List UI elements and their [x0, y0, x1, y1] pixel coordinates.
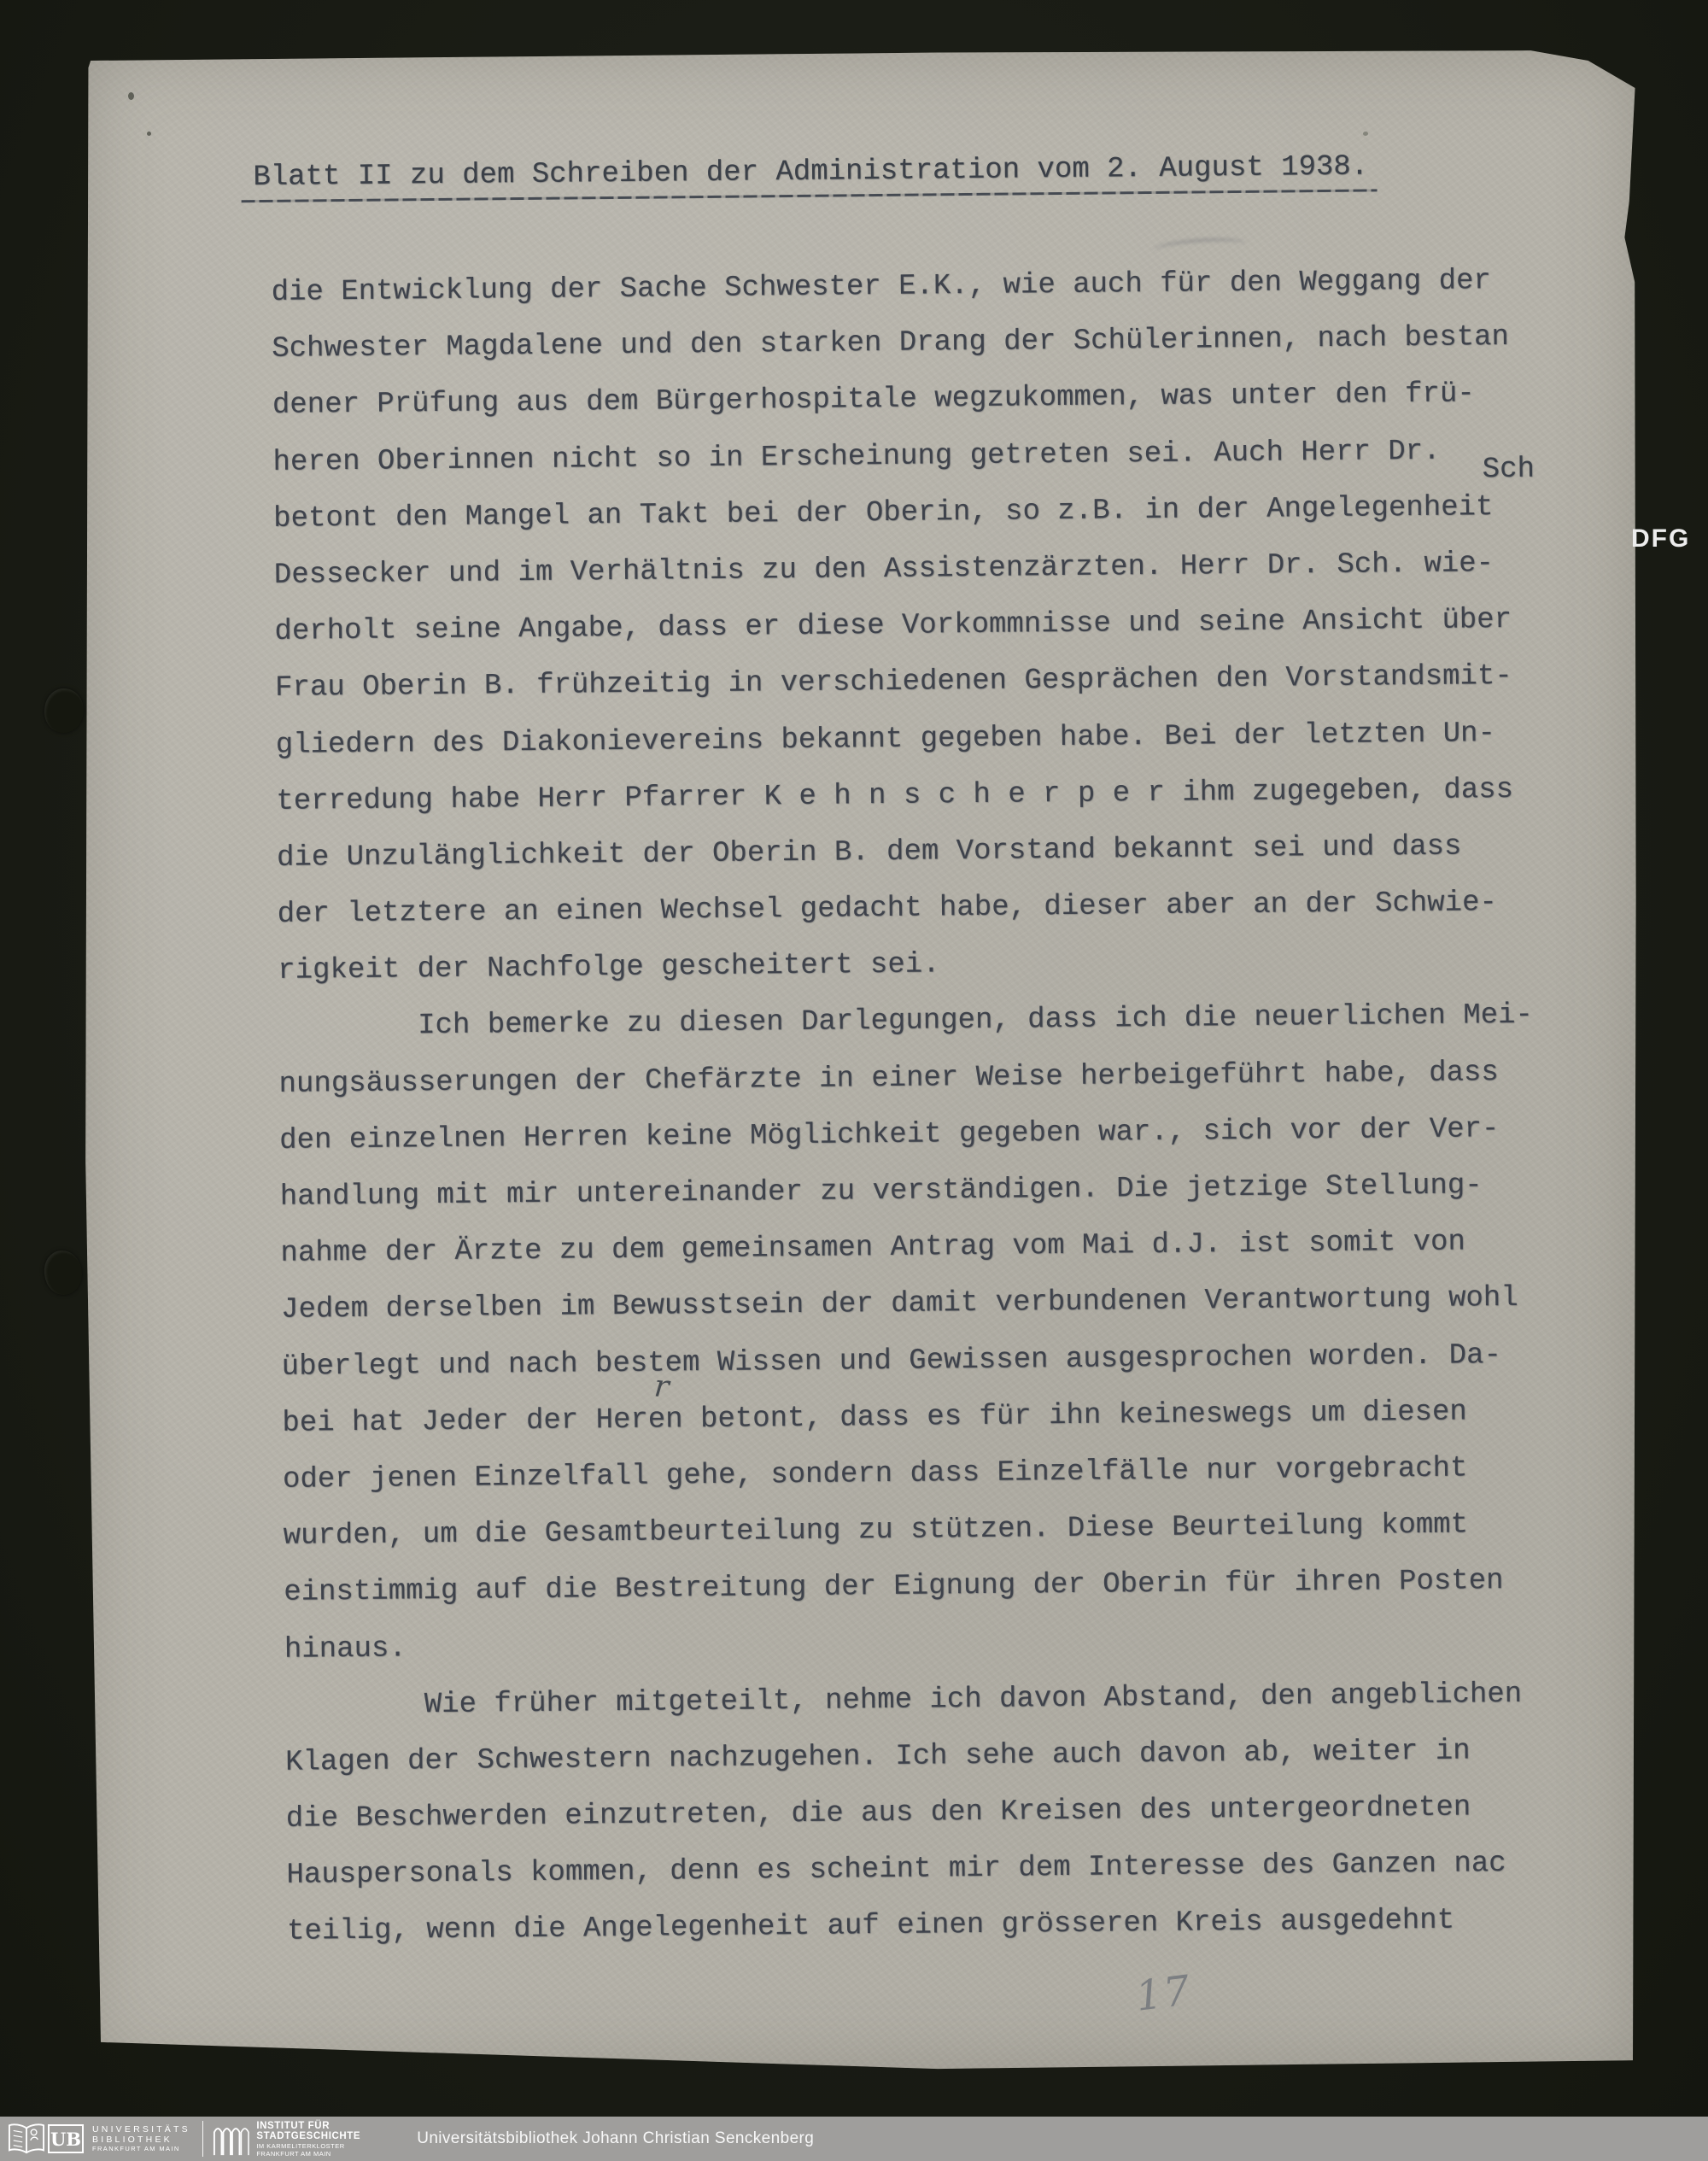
ub-library-name: UNIVERSITÄTS BIBLIOTHEK FRANKFURT AM MAI… [92, 2124, 190, 2153]
open-book-icon [7, 2121, 46, 2157]
ub-line-2: BIBLIOTHEK [92, 2135, 190, 2145]
paper-speck [147, 132, 151, 136]
typewriter-text-layer: Blatt II zu dem Schreiben der Administra… [76, 35, 1648, 2070]
institut-logo-block: INSTITUT FÜR STADTGESCHICHTE IM KARMELIT… [212, 2121, 360, 2158]
ub-logo: UB [7, 2121, 84, 2157]
ub-monogram: UB [48, 2124, 84, 2153]
typewritten-letter-page: Blatt II zu dem Schreiben der Administra… [84, 50, 1636, 2070]
scanned-document-background: Blatt II zu dem Schreiben der Administra… [0, 0, 1708, 2161]
institut-line-3: IM KARMELITERKLOSTER [256, 2142, 360, 2150]
institut-line-1: INSTITUT FÜR [256, 2121, 360, 2132]
footer-bar: UB UNIVERSITÄTS BIBLIOTHEK FRANKFURT AM … [0, 2117, 1708, 2161]
misaligned-typed-fragment: Sch [1483, 453, 1535, 488]
dfg-logo: DFG [1631, 524, 1690, 553]
institut-name: INSTITUT FÜR STADTGESCHICHTE IM KARMELIT… [256, 2121, 360, 2158]
cloister-arches-icon [212, 2121, 249, 2157]
page-title: Blatt II zu dem Schreiben der Administra… [241, 148, 1377, 202]
body-text: die Entwicklung der Sache Schwester E.K.… [271, 252, 1585, 1960]
punch-hole-top [42, 686, 87, 735]
paper-speck [128, 92, 134, 100]
institut-line-2: STADTGESCHICHTE [256, 2131, 360, 2142]
punch-hole-bottom [42, 1249, 84, 1297]
ub-line-3: FRANKFURT AM MAIN [92, 2145, 190, 2153]
ub-line-1: UNIVERSITÄTS [92, 2124, 190, 2135]
handwritten-correction-r: r [652, 1371, 670, 1403]
provenance-credit: Universitätsbibliothek Johann Christian … [417, 2129, 814, 2148]
handwritten-page-number: 17 [1133, 1970, 1193, 2018]
paper-speck [1363, 132, 1368, 136]
institut-line-4: FRANKFURT AM MAIN [256, 2150, 360, 2158]
footer-divider [202, 2121, 204, 2157]
typewritten-line: teilig, wenn die Angelegenheit auf einen… [287, 1892, 1586, 1961]
